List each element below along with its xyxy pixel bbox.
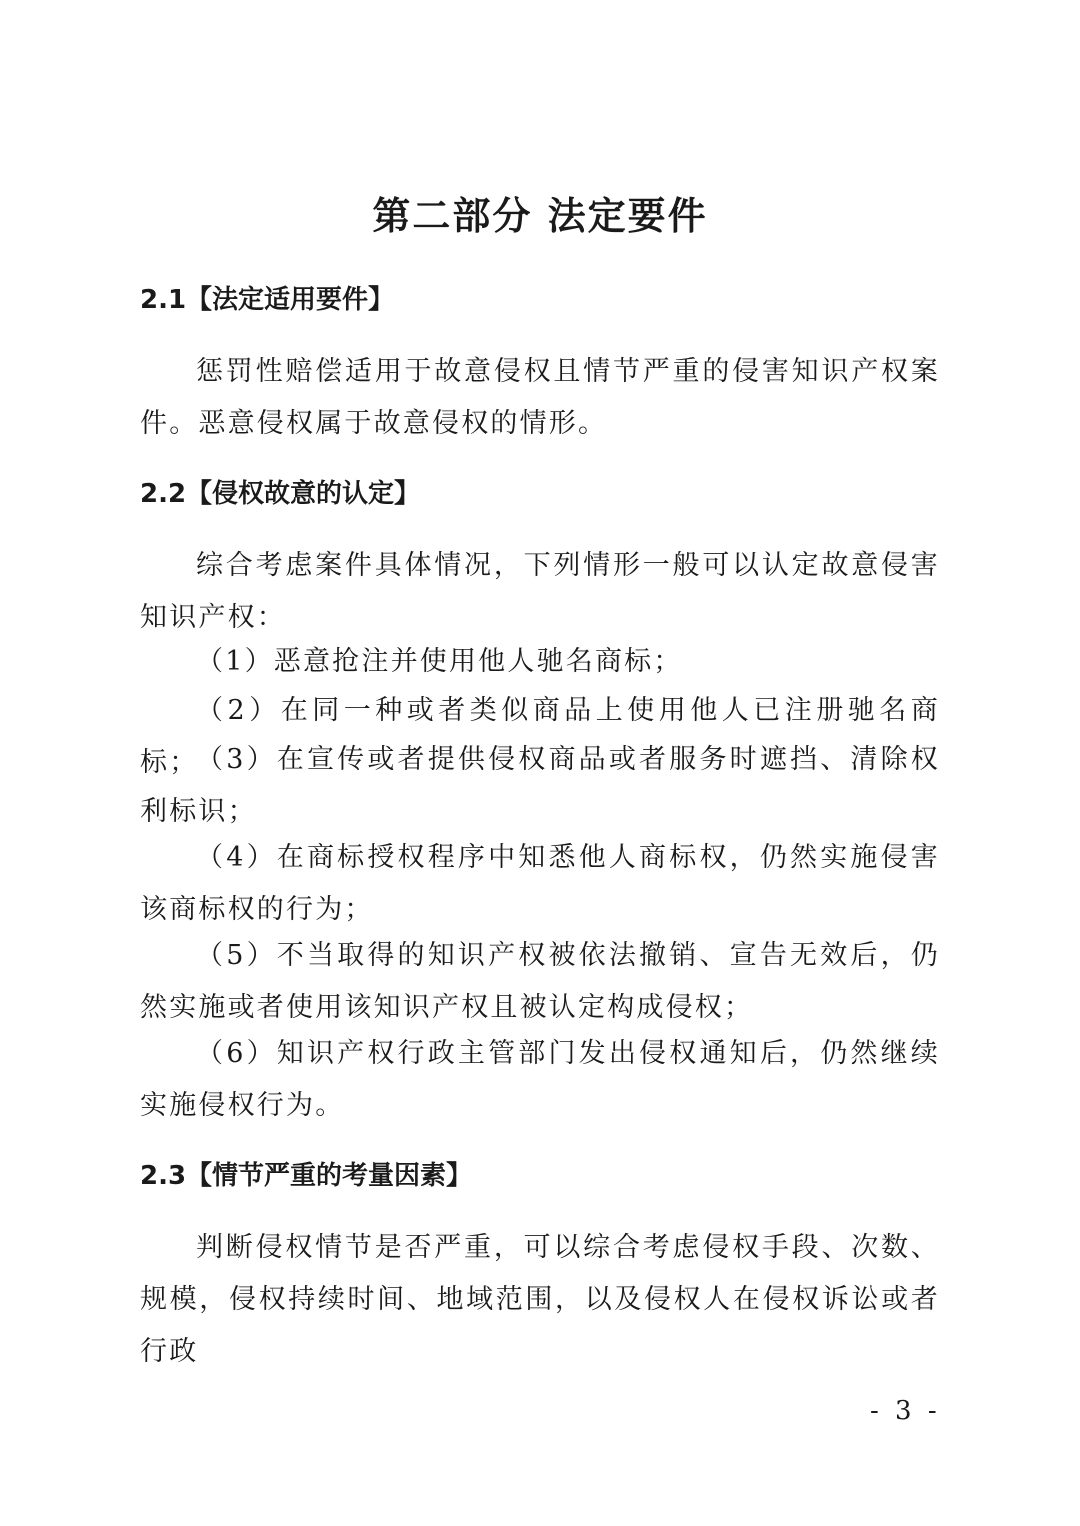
section-heading-2-2: 2.2【侵权故意的认定】 — [140, 476, 420, 512]
page-title: 第二部分 法定要件 — [0, 188, 1080, 244]
page-number: - 3 - — [870, 1396, 941, 1426]
list-item: （6）知识产权行政主管部门发出侵权通知后，仍然继续实施侵权行为。 — [140, 1028, 940, 1132]
paragraph: 综合考虑案件具体情况，下列情形一般可以认定故意侵害知识产权： — [140, 540, 940, 644]
list-item: （5）不当取得的知识产权被依法撤销、宣告无效后，仍然实施或者使用该知识产权且被认… — [140, 930, 940, 1034]
list-item: （4）在商标授权程序中知悉他人商标权，仍然实施侵害该商标权的行为； — [140, 832, 940, 936]
section-heading-2-3: 2.3【情节严重的考量因素】 — [140, 1158, 472, 1194]
paragraph: 惩罚性赔偿适用于故意侵权且情节严重的侵害知识产权案件。恶意侵权属于故意侵权的情形… — [140, 346, 940, 450]
list-item: （3）在宣传或者提供侵权商品或者服务时遮挡、清除权利标识； — [140, 734, 940, 838]
section-heading-2-1: 2.1【法定适用要件】 — [140, 282, 394, 318]
list-item: （1）恶意抢注并使用他人驰名商标； — [140, 636, 940, 688]
paragraph: 判断侵权情节是否严重，可以综合考虑侵权手段、次数、规模，侵权持续时间、地域范围，… — [140, 1222, 940, 1378]
